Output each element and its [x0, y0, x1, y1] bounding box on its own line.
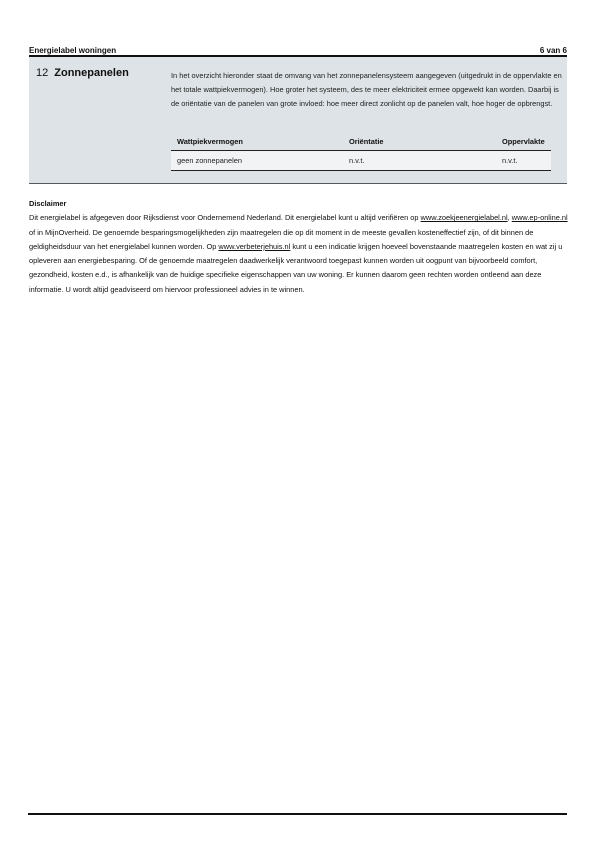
document-title: Energielabel woningen	[29, 46, 116, 55]
cell-oppervlakte: n.v.t.	[496, 151, 551, 171]
link-verbeterjehuis[interactable]: www.verbeterjehuis.nl	[218, 242, 290, 251]
cell-orientatie: n.v.t.	[343, 151, 496, 171]
table-header-row: Wattpiekvermogen Oriëntatie Oppervlakte	[171, 132, 551, 151]
link-zoekjeenergielabel[interactable]: www.zoekjeenergielabel.nl	[421, 213, 508, 222]
table-row: geen zonnepanelen n.v.t. n.v.t.	[171, 151, 551, 171]
footer-divider	[28, 813, 567, 815]
column-header-wattpiekvermogen: Wattpiekvermogen	[171, 132, 343, 151]
section-zonnepanelen: 12 Zonnepanelen In het overzicht hierond…	[29, 57, 567, 184]
column-header-oppervlakte: Oppervlakte	[496, 132, 551, 151]
section-description: In het overzicht hieronder staat de omva…	[171, 69, 563, 112]
link-ep-online[interactable]: www.ep-online.nl	[512, 213, 568, 222]
solar-panels-table: Wattpiekvermogen Oriëntatie Oppervlakte …	[171, 132, 551, 171]
section-heading: 12 Zonnepanelen	[36, 67, 129, 79]
page-header: Energielabel woningen 6 van 6	[29, 41, 567, 55]
disclaimer: Disclaimer Dit energielabel is afgegeven…	[29, 197, 571, 297]
disclaimer-title: Disclaimer	[29, 197, 571, 211]
column-header-orientatie: Oriëntatie	[343, 132, 496, 151]
disclaimer-text-part: Dit energielabel is afgegeven door Rijks…	[29, 213, 421, 222]
disclaimer-text: Dit energielabel is afgegeven door Rijks…	[29, 213, 568, 293]
cell-wattpiekvermogen: geen zonnepanelen	[171, 151, 343, 171]
page-number: 6 van 6	[540, 46, 567, 55]
section-title: Zonnepanelen	[54, 67, 129, 79]
section-number: 12	[36, 67, 48, 79]
